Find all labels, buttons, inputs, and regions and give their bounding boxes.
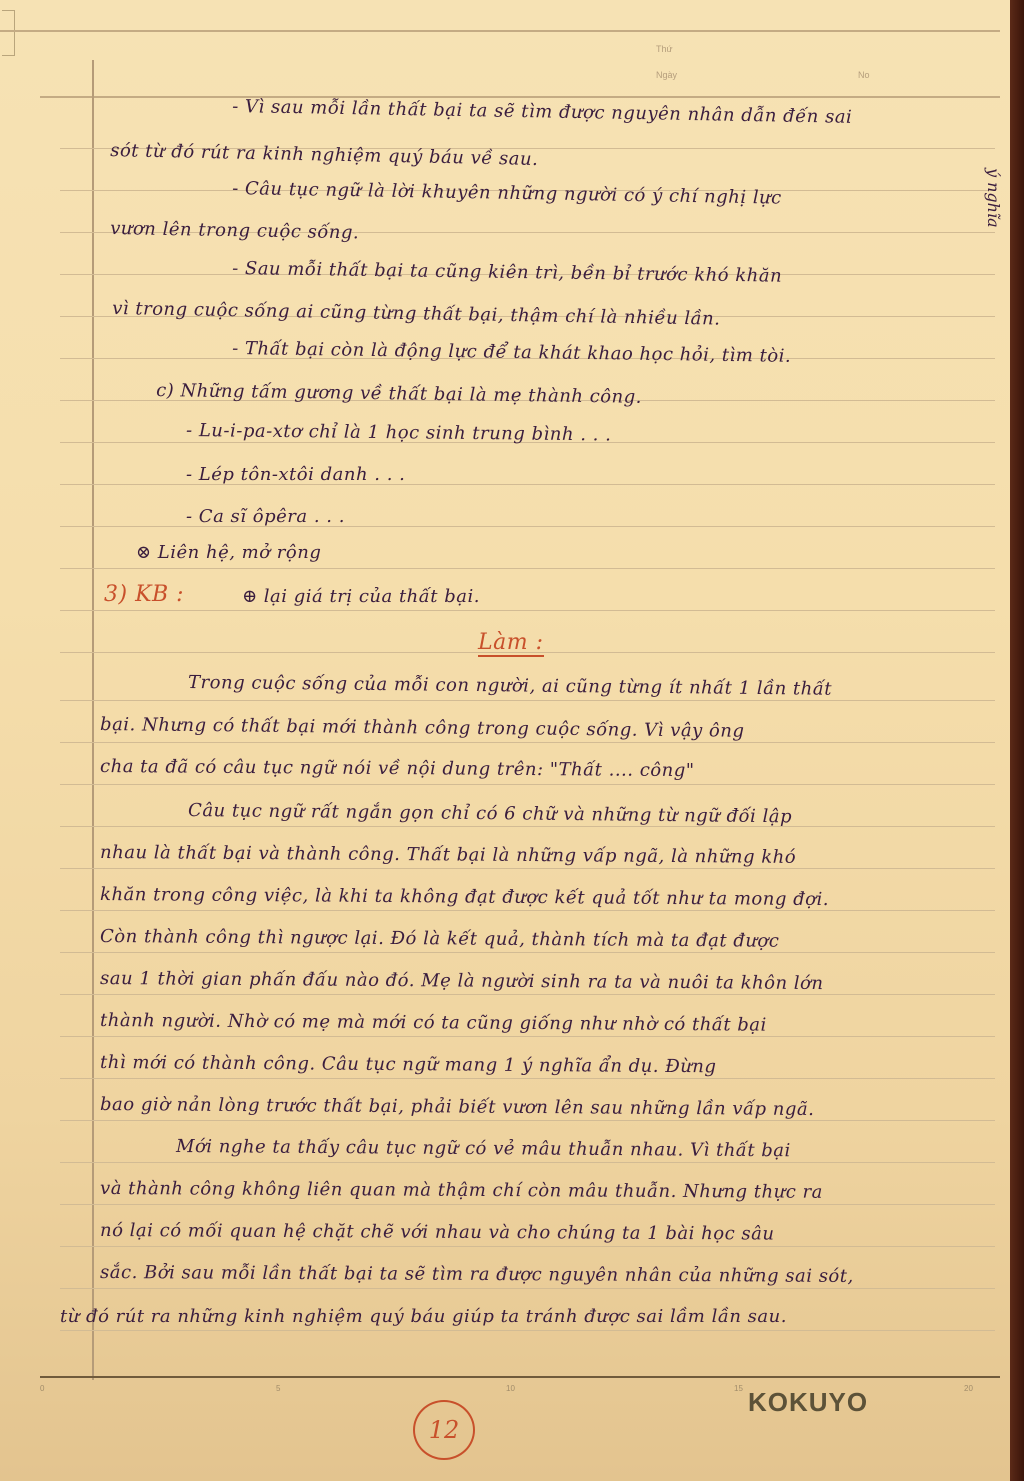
page-number: 12	[429, 1416, 460, 1444]
essay-line: thì mới có thành công. Câu tục ngữ mang …	[100, 1052, 717, 1077]
essay-line: thành người. Nhờ có mẹ mà mới có ta cũng…	[100, 1010, 767, 1036]
outline-line: - Ca sĩ ôpêra . . .	[186, 506, 345, 527]
page-number-circle: 12	[413, 1400, 475, 1460]
notebook-page: Thứ Ngày No - Vì sau mỗi lần thất bại ta…	[0, 0, 1010, 1481]
outline-line: ⊗ Liên hệ, mở rộng	[136, 542, 321, 563]
conclusion-text: ⊕ lại giá trị của thất bại.	[242, 586, 480, 607]
essay-line: Mới nghe ta thấy câu tục ngữ có vẻ mâu t…	[176, 1136, 791, 1161]
essay-line: từ đó rút ra những kinh nghiệm quý báu g…	[60, 1306, 787, 1327]
outline-line: vì trong cuộc sống ai cũng từng thất bại…	[112, 298, 721, 330]
rule-line	[60, 1036, 995, 1037]
outline-line: - Thất bại còn là động lực để ta khát kh…	[232, 338, 791, 367]
rule-line	[60, 952, 995, 953]
essay-line: và thành công không liên quan mà thậm ch…	[100, 1178, 823, 1203]
rule-line	[60, 1078, 995, 1079]
outline-line: - Lép tôn-xtôi danh . . .	[186, 464, 405, 485]
essay-line: Trong cuộc sống của mỗi con người, ai cũ…	[188, 672, 832, 700]
essay-line: bao giờ nản lòng trước thất bại, phải bi…	[100, 1094, 814, 1120]
outline-line: sót từ đó rút ra kinh nghiệm quý báu về …	[110, 140, 539, 170]
rule-line	[60, 568, 995, 569]
ruler-mark: 0	[40, 1384, 44, 1393]
outline-line: vươn lên trong cuộc sống.	[110, 218, 359, 243]
rule-line	[60, 1120, 995, 1121]
corner-box	[2, 10, 15, 56]
essay-line: khăn trong công việc, là khi ta không đạ…	[100, 884, 829, 910]
rule-line	[60, 1204, 995, 1205]
rule-line	[60, 610, 995, 611]
day-label: Thứ	[656, 44, 673, 54]
number-label: No	[858, 70, 870, 80]
essay-line: nhau là thất bại và thành công. Thất bại…	[100, 842, 796, 868]
margin-note: ý nghĩa	[984, 168, 1003, 228]
outline-line: c) Những tấm gương về thất bại là mẹ thà…	[156, 380, 642, 408]
essay-line: Câu tục ngữ rất ngắn gọn chỉ có 6 chữ và…	[188, 800, 792, 827]
date-label: Ngày	[656, 70, 677, 80]
rule-line	[60, 1162, 995, 1163]
ruler-mark: 5	[276, 1384, 280, 1393]
rule-line	[60, 1288, 995, 1289]
notebook-spine	[1010, 0, 1024, 1481]
rule-line	[60, 784, 995, 785]
rule-line-bottom	[40, 1376, 1000, 1378]
outline-line: - Sau mỗi thất bại ta cũng kiên trì, bền…	[232, 258, 782, 287]
rule-line	[60, 700, 995, 701]
ruler-mark: 10	[506, 1384, 515, 1393]
ruler-mark: 20	[964, 1384, 973, 1393]
rule-line	[60, 1246, 995, 1247]
brand-logo: KOKUYO	[748, 1387, 868, 1418]
essay-line: Còn thành công thì ngược lại. Đó là kết …	[100, 926, 779, 952]
rule-line	[60, 910, 995, 911]
header-line-top	[0, 30, 1000, 32]
essay-line: bại. Nhưng có thất bại mới thành công tr…	[100, 714, 745, 742]
outline-line: - Vì sau mỗi lần thất bại ta sẽ tìm được…	[232, 96, 852, 128]
rule-line	[60, 994, 995, 995]
rule-line	[60, 868, 995, 869]
rule-line	[60, 742, 995, 743]
essay-title: Làm :	[478, 630, 544, 657]
outline-line: - Câu tục ngữ là lời khuyên những người …	[232, 178, 782, 209]
margin-line	[92, 60, 94, 1380]
rule-line	[60, 826, 995, 827]
outline-line: - Lu-i-pa-xtơ chỉ là 1 học sinh trung bì…	[186, 420, 611, 445]
essay-line: sau 1 thời gian phấn đấu nào đó. Mẹ là n…	[100, 968, 824, 994]
ruler-mark: 15	[734, 1384, 743, 1393]
essay-line: sắc. Bởi sau mỗi lần thất bại ta sẽ tìm …	[100, 1262, 854, 1287]
rule-line	[60, 1330, 995, 1331]
conclusion-label: 3) KB :	[104, 582, 184, 607]
header-line-bottom	[40, 96, 1000, 98]
essay-line: nó lại có mối quan hệ chặt chẽ với nhau …	[100, 1220, 775, 1245]
essay-line: cha ta đã có câu tục ngữ nói về nội dung…	[100, 756, 695, 781]
